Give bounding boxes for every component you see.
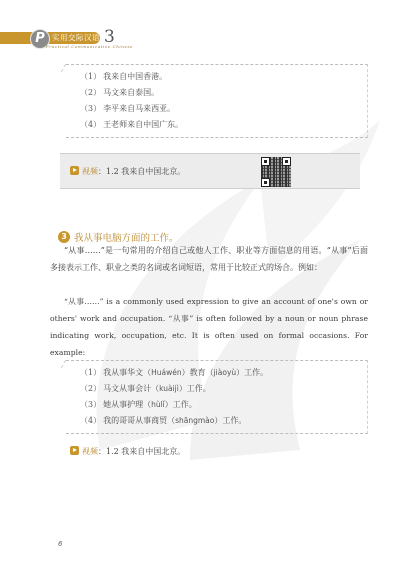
play-icon[interactable] [70,446,79,455]
video-label: 视频 [82,167,98,176]
video-link-bottom[interactable]: 视频：1.2 我来自中国北京。 [70,446,185,458]
example-text: 我的哥哥从事商贸（ [103,416,175,425]
example-number: （2） [80,384,101,393]
qr-corner [261,178,270,187]
pinyin: hùlǐ [151,400,165,409]
example-text: ）工作。 [179,384,211,393]
video-link[interactable]: 视频：1.2 我来自中国北京。 [70,166,185,178]
example-number: （1） [80,72,101,81]
example-box-bottom: （1）我从事华文（Huáwén）教育（jiàoyù）工作。 （2）马文从事会计（… [66,360,368,434]
explanation-english-text: “从事……” is a commonly used expression to … [50,297,368,357]
example-text: 李平来自马来西亚。 [103,104,175,113]
example-line: （4）我的哥哥从事商贸（shāngmào）工作。 [80,413,367,429]
example-line: （3）李平来自马来西亚。 [80,101,367,117]
example-number: （1） [80,368,101,377]
book-header: P 实用交际汉语 3 Practical Communicative Chine… [0,29,160,49]
video-title: 1.2 我来自中国北京。 [106,447,185,456]
example-number: （3） [80,400,101,409]
example-text: 王老师来自中国广东。 [103,120,183,129]
video-bar-top: 视频：1.2 我来自中国北京。 [60,153,360,189]
section-title: 我从事电脑方面的工作。 [74,230,179,244]
example-text: 她从事护理（ [103,400,151,409]
qr-code-icon[interactable] [261,157,291,187]
example-text: ）工作。 [236,368,268,377]
example-text: ）工作。 [214,416,246,425]
example-line: （1）我从事华文（Huáwén）教育（jiàoyù）工作。 [80,365,367,381]
video-separator: ： [98,447,106,456]
example-text: ）教育（ [182,368,214,377]
book-title: 实用交际汉语 [52,32,100,44]
example-number: （3） [80,104,101,113]
video-title: 1.2 我来自中国北京。 [106,167,185,176]
example-line: （4）王老师来自中国广东。 [80,117,367,133]
explanation-english: “从事……” is a commonly used expression to … [50,293,368,361]
explanation-chinese: “从事……”是一句常用的介绍自己或他人工作、职业等方面信息的用语。“从事”后面多… [50,243,368,276]
example-number: （4） [80,416,101,425]
pinyin: kuàijì [159,384,179,393]
example-text: 马文来自泰国。 [103,88,159,97]
page-number: 6 [58,540,62,548]
section-number-badge: 3 [58,231,70,243]
example-line: （2）马文来自泰国。 [80,85,367,101]
example-text: 马文从事会计（ [103,384,159,393]
pinyin: jiàoyù [214,368,237,377]
example-number: （4） [80,120,101,129]
example-text: 我从事华文（ [103,368,151,377]
example-number: （2） [80,88,101,97]
pinyin: shāngmào [175,416,214,425]
video-separator: ： [98,167,106,176]
video-label: 视频 [82,447,98,456]
example-line: （1）我来自中国香港。 [80,69,367,85]
play-icon[interactable] [70,166,79,175]
book-subtitle: Practical Communicative Chinese [46,44,133,49]
pinyin: Huáwén [151,368,182,377]
example-text: ）工作。 [165,400,197,409]
example-line: （2）马文从事会计（kuàijì）工作。 [80,381,367,397]
example-text: 我来自中国香港。 [103,72,167,81]
explanation-chinese-text: “从事……”是一句常用的介绍自己或他人工作、职业等方面信息的用语。“从事”后面多… [50,246,368,272]
example-line: （3）她从事护理（hùlǐ）工作。 [80,397,367,413]
example-box-top: （1）我来自中国香港。 （2）马文来自泰国。 （3）李平来自马来西亚。 （4）王… [66,64,368,138]
